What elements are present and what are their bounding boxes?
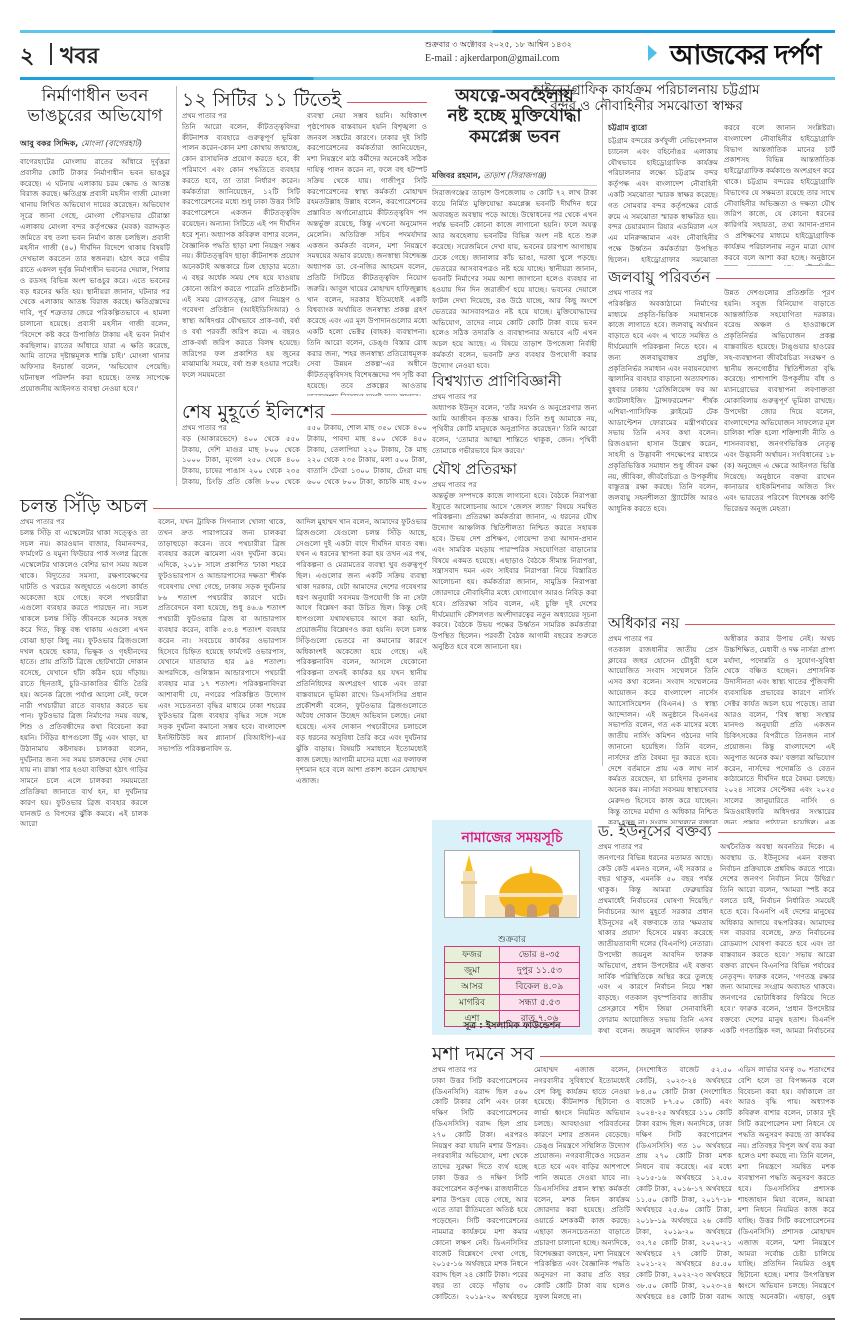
escalator-body-col2: বলেন, যখন ট্রাফিক সিগন্যাল খোলা থাকে, তখ…	[158, 517, 286, 1302]
divider	[432, 185, 597, 186]
divider	[20, 153, 170, 154]
ilish-body-col1: প্রথম পাতার পরবড় (আকারভেদে) ৪০০ থেকে ৫৫…	[182, 423, 300, 488]
prayer-row: মাগরিবসন্ধ্যা ৫.৫৩	[445, 995, 580, 1011]
rights-body-col1: প্রথম পাতার পরগতকাল রাজধানীর জাতীয় প্রে…	[608, 634, 718, 824]
email-link[interactable]: E-mail : ajkerdarpon@gmail.com	[425, 53, 559, 64]
dateline: শুক্রবার ৩ অক্টোবর ২০২৫, ১৮ আশ্বিন ১৪৩২	[425, 39, 572, 52]
mosquito-body-col3: (সংশোধিত বাজেট ৫২.৫০ কোটি), ২০২৩-২৪ অর্থ…	[636, 1065, 732, 1300]
ilish-body-col2: ৫৫০ টাকায়, শোল মাছ ৩৫০ থেকে ৪০০ টাকায়,…	[307, 423, 427, 488]
building-body: বাগেরহাটের মোংলায় রাতের আঁধারে দুর্বৃত্…	[20, 157, 170, 487]
prayer-times-box: নামাজের সময়সূচি শুক্রবার ফজরভোর ৪-৩৫ জু…	[432, 820, 592, 1035]
prayer-day: শুক্রবার	[432, 932, 592, 947]
dengue-body-col1: প্রথম পাতার পরতিনি আরো বলেন, কীটতত্ত্ববি…	[182, 111, 300, 396]
column-rule	[602, 86, 603, 766]
column-rule	[176, 86, 177, 486]
hydrographic-body-col1: চট্টগ্রাম বন্দরের কর্ণফুলী নেভিগেশনাল চ্…	[608, 136, 718, 266]
masthead-bottom-rule	[20, 77, 835, 80]
headline-rule	[347, 102, 427, 103]
yunus-body-col1: প্রথম পাতার পরজনগণের বিভিন্ন ধরনের মতামত…	[598, 842, 713, 1037]
masthead: ২ খবর শুক্রবার ৩ অক্টোবর ২০২৫, ১৮ আশ্বিন…	[20, 35, 835, 75]
masthead-top-rule	[20, 30, 835, 33]
mosquito-body-col2: মোহাম্মদ এজাজ বলেন, নগরবাসীর সুবিধার্থে …	[534, 1065, 630, 1300]
section-name: খবর	[60, 39, 99, 76]
prayer-row: জুমাদুপুর ১১.৫৩	[445, 963, 580, 979]
freedom-fighter-byline: মজিবর রহমান, তাড়াশ (সিরাজগঞ্জ)	[432, 170, 547, 183]
rights-body-col2: অস্বীকার করার উপায় নেই। অথচ উচ্চশিক্ষিত…	[724, 634, 835, 824]
mosquito-body-col1: প্রথম পাতার পরঢাকা উত্তর সিটি করপোরেশনের…	[432, 1065, 528, 1300]
dengue-body-col2: ব্যবস্থা নেয়া সম্ভব হয়নি। অধিকাংশ পৃষ্…	[307, 111, 427, 396]
page-number: ২	[20, 39, 34, 76]
prayer-times-title: নামাজের সময়সূচি	[432, 826, 592, 850]
freedom-fighter-body: সিরাজগঞ্জের তাড়াশ উপজেলায় ৩ কোটি ৭২ লা…	[432, 188, 597, 368]
headline-line-2: ভাঙচুরের অভিযোগ	[20, 106, 170, 126]
prayer-row: আসরবিকেল ৪.০৯	[445, 979, 580, 995]
defence-body: প্রথম পাতার পরঅন্তর্ভুক্ত সম্পদকে কাজে ল…	[432, 480, 597, 815]
climate-body-col2: উন্নত দেশগুলোর প্রতিশ্রুতি পূরণ হয়নি। স…	[724, 288, 835, 608]
page-bottom-rule	[20, 1318, 835, 1320]
building-headline[interactable]: নির্মাণাধীন ভবন ভাঙচুরের অভিযোগ	[20, 86, 170, 127]
prayer-row: ফজরভোর ৪-৩৫	[445, 947, 580, 963]
hydrographic-byline: চট্টগ্রাম ব্যুরো	[608, 123, 647, 135]
building-byline: আবু বকর সিদ্দিক, মোংলা (বাগেরহাট)	[20, 138, 142, 151]
escalator-body-col1: প্রথম পাতার পরচলন্ত সিঁড়ি বা এস্কেলেটর …	[20, 517, 148, 1302]
hydrographic-body-col2: করবে বলে জানান সংশ্লিষ্টরা। বাংলাদেশ নৌব…	[724, 123, 835, 266]
hydrographic-headline[interactable]: হাইড্রোগ্রাফিক কার্যক্রম পরিচালনায় চট্ট…	[608, 82, 835, 114]
climate-body-col1: প্রথম পাতার পরপরিকল্পিত অবকাঠামো নির্মাণ…	[608, 288, 718, 608]
scientist-body: প্রথম পাতার পরঅধ্যাপক ইউনূস বলেন, 'তাঁর …	[432, 392, 597, 457]
logo-arrow-icon	[648, 45, 657, 61]
kicker: প্রথম পাতার পর	[182, 111, 300, 122]
newspaper-logo: আজকের দর্পণ	[670, 35, 820, 80]
prayer-source: সূত্র : ইসলামিক ফাউন্ডেশন	[432, 1018, 592, 1033]
mosquito-body-col4: এডিস লার্ভার ঘনত্ব ৩০ শতাংশের বেশি হলে ত…	[738, 1065, 835, 1300]
section-divider	[50, 43, 52, 65]
mosque-illustration	[444, 850, 580, 918]
headline-line-1: নির্মাণাধীন ভবন	[20, 86, 170, 106]
newspaper-page: ২ খবর শুক্রবার ৩ অক্টোবর ২০২৫, ১৮ আশ্বিন…	[20, 30, 835, 1330]
escalator-body-col3: আদিল মুহাম্মদ খান বলেন, আমাদের ফুটওভার ব…	[296, 517, 427, 1302]
prayer-times-table: ফজরভোর ৪-৩৫ জুমাদুপুর ১১.৫৩ আসরবিকেল ৪.০…	[444, 946, 580, 1027]
yunus-body-col2: অর্থনৈতিক অবস্থা অবনতির দিকে। এ অবস্থায়…	[720, 842, 835, 1037]
